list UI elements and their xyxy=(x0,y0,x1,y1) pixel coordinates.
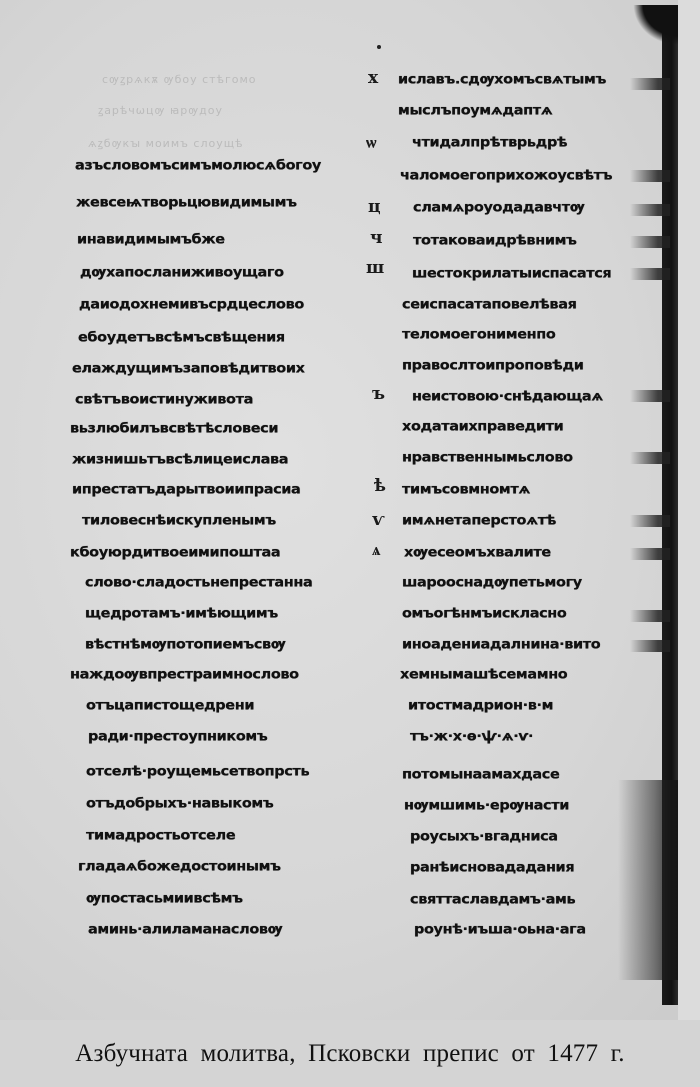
manuscript-line: мыслъпоумѧдаптѧ xyxy=(398,104,552,119)
manuscript-line: жизнишьтъвсѣлицеислава xyxy=(72,453,288,468)
manuscript-line: святтаславдамъ·амь xyxy=(410,893,575,908)
margin-letter: ѵ xyxy=(372,510,385,530)
manuscript-line: ради·престоупникомъ xyxy=(88,730,267,745)
manuscript-line: свѣтъвоистинуживота xyxy=(75,393,253,408)
margin-letter: ѧ xyxy=(372,540,381,560)
manuscript-line: вѣстнѣмѹпотопиемъсвѹ xyxy=(85,638,286,653)
manuscript-line: щедротамъ·имѣющимъ xyxy=(85,607,278,622)
manuscript-line: ранѣисновададания xyxy=(410,861,574,876)
ink-bleed xyxy=(630,204,670,216)
manuscript-line: отъцапистощедрени xyxy=(86,699,254,714)
binding-shadow xyxy=(618,780,678,980)
manuscript-line: дѹхапосланиживоущаго xyxy=(80,266,284,281)
manuscript-line: потомынаамахдасе xyxy=(402,768,559,783)
manuscript-line: имѧнетаперстоѧтѣ xyxy=(402,514,556,529)
manuscript-line: омъогѣнмъискласно xyxy=(402,607,566,622)
manuscript-line: отъдобрыхъ·навыкомъ xyxy=(86,797,273,812)
manuscript-line: неистовою·снѣдающаѧ xyxy=(412,390,603,405)
ink-bleed xyxy=(630,548,670,560)
manuscript-line: тимъсовмномтѧ xyxy=(402,483,530,498)
manuscript-line: жевсеѩтворьцювидимымъ xyxy=(76,196,297,211)
ink-bleed xyxy=(630,452,670,464)
manuscript-line: чтидалпрѣтврьдрѣ xyxy=(412,136,567,151)
margin-letter: ш xyxy=(366,258,384,278)
faded-text-line: ѧꙁбѹкꙑ моимъ слоущѣ xyxy=(88,136,243,151)
manuscript-line: иноадениадалнина·вито xyxy=(402,638,600,653)
ink-bleed xyxy=(630,170,670,182)
manuscript-line: аминь·алиламанасловѹ xyxy=(88,923,282,938)
manuscript-line: тъ·ж·х·ѳ·ѱ·ѧ·ѵ· xyxy=(410,730,533,745)
manuscript-line: слово·сладостьнепрестанна xyxy=(85,576,312,591)
figure-caption: Азбучната молитва, Псковски препис от 14… xyxy=(0,1040,700,1068)
manuscript-line: сламѧроуодадавчтѹ xyxy=(413,201,585,216)
ink-bleed xyxy=(630,640,670,652)
manuscript-line: гладаѧбожедостоинымъ xyxy=(78,860,281,875)
manuscript-line: даиодохнемивъсрдцеслово xyxy=(79,298,304,313)
margin-letter: ѡ xyxy=(366,133,377,153)
manuscript-line: нѹмшимь·ерѹнасти xyxy=(404,799,569,814)
manuscript-line: вьзлюбилъвсвѣтѣсловеси xyxy=(70,422,278,437)
margin-letter: ѣ xyxy=(374,476,386,496)
manuscript-line: иславъ.сдѹхомъсвѧтымъ xyxy=(398,73,606,88)
manuscript-line: кбоуюрдитвоеимипоштаа xyxy=(70,546,280,561)
manuscript-line: шестокрилатыиспасатся xyxy=(412,267,611,282)
manuscript-line: правослтоипроповѣди xyxy=(402,359,584,374)
ink-bleed xyxy=(630,610,670,622)
manuscript-line: шарооснадѹпетьмогу xyxy=(402,576,582,591)
ink-dot xyxy=(377,45,381,49)
manuscript-line: теломоегонименпо xyxy=(402,328,555,343)
manuscript-line: роунѣ·иъша·оьна·ага xyxy=(414,923,586,938)
manuscript-line: инавидимымъбже xyxy=(77,233,225,248)
manuscript-line: тиловеснѣискупленымъ xyxy=(82,514,276,529)
manuscript-line: наждоѹвпрестраимнослово xyxy=(70,668,299,683)
manuscript-page: сѹꙁрѧкѫ ѹбоу стѣгомо ꙁарѣчѡцѹ ꙗрѹдоу ѧꙁб… xyxy=(0,0,700,1020)
ink-bleed xyxy=(630,236,670,248)
manuscript-line: нравственнымьслово xyxy=(402,451,573,466)
margin-letter: ц xyxy=(368,197,381,217)
binding-edge-top xyxy=(633,5,678,45)
manuscript-line: ипрестатъдарытвоиипрасиа xyxy=(72,483,300,498)
margin-letter: ч xyxy=(370,228,382,248)
ink-bleed xyxy=(630,78,670,90)
faded-text-line: ꙁарѣчѡцѹ ꙗрѹдоу xyxy=(98,103,223,118)
margin-letter: х xyxy=(368,68,378,88)
margin-letter: ъ xyxy=(372,384,385,404)
ink-bleed xyxy=(630,390,670,402)
manuscript-line: сеиспасатаповелѣвая xyxy=(402,298,577,313)
manuscript-line: тимадростьотселе xyxy=(86,829,235,844)
manuscript-line: ѹпостасьмиивсѣмъ xyxy=(86,892,243,907)
manuscript-line: хѹесеомъхвалите xyxy=(404,546,551,561)
faded-text-line: сѹꙁрѧкѫ ѹбоу стѣгомо xyxy=(102,72,257,87)
manuscript-line: тотаковаидрѣвнимъ xyxy=(413,234,577,249)
manuscript-line: ебоудетъвсѣмъсвѣщения xyxy=(78,331,285,346)
manuscript-line: хемнымашѣсемамно xyxy=(400,668,567,683)
page-margin-right xyxy=(678,0,700,1020)
manuscript-line: роусыхъ·вгадниса xyxy=(410,830,558,845)
manuscript-line: отселѣ·роущемьсетвопрсть xyxy=(86,765,309,780)
ink-bleed xyxy=(630,515,670,527)
manuscript-line: елаждущимъзаповѣдитвоих xyxy=(72,362,305,377)
manuscript-line: ходатаихправедити xyxy=(402,420,563,435)
manuscript-line: итостмадрион·в·м xyxy=(408,699,553,714)
manuscript-line: чаломоегоприхожоусвѣтъ xyxy=(400,169,612,184)
manuscript-line: азъсловомъсимъмолюсѧбогоу xyxy=(75,159,321,174)
ink-bleed xyxy=(630,268,670,280)
